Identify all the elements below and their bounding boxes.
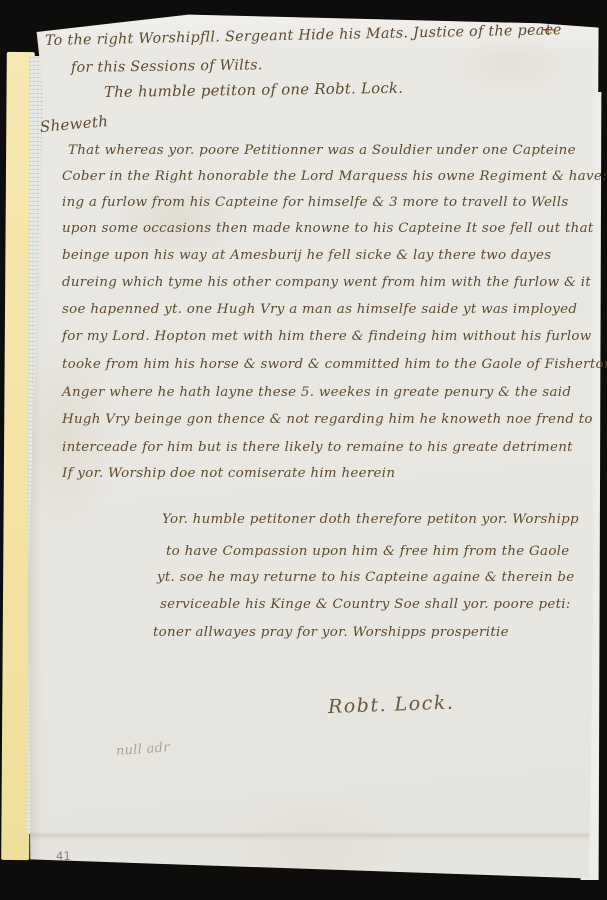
signature-robt-lock: Robt. Lock. — [328, 692, 455, 718]
body-line: Hugh Vry beinge gon thence & not regardi… — [62, 412, 593, 427]
body-line: interceade for him but is there likely t… — [62, 440, 573, 455]
body-line: for my Lord. Hopton met with him there &… — [62, 329, 592, 344]
photograph-backdrop: + To the right Worshipfll. Sergeant Hide… — [0, 0, 607, 900]
body-line: tooke from him his horse & sword & commi… — [62, 357, 607, 372]
prayer-line: to have Compassion upon him & free him f… — [166, 544, 570, 559]
prayer-line: Yor. humble petitoner doth therefore pet… — [162, 512, 579, 527]
body-line: soe hapenned yt. one Hugh Vry a man as h… — [62, 302, 577, 317]
folio-number-pencil: 41 — [56, 849, 71, 863]
body-line: Anger where he hath layne these 5. weeke… — [62, 385, 571, 400]
prayer-line: serviceable his Kinge & Country Soe shal… — [160, 597, 571, 612]
prayer-line: yt. soe he may returne to his Capteine a… — [157, 570, 574, 585]
prayer-line: toner allwayes pray for yor. Worshipps p… — [153, 625, 509, 640]
body-line: That whereas yor. poore Petitionner was … — [68, 143, 576, 158]
body-line: Cober in the Right honorable the Lord Ma… — [62, 169, 607, 184]
body-line: upon some occasions then made knowne to … — [62, 221, 594, 236]
body-line: If yor. Worship doe not comiserate him h… — [62, 466, 395, 481]
body-line: beinge upon his way at Amesburij he fell… — [62, 248, 551, 263]
body-line: ing a furlow from his Capteine for himse… — [62, 195, 569, 210]
address-line-2: for this Sessions of Wilts. — [71, 57, 263, 76]
body-line: dureing which tyme his other company wen… — [62, 275, 591, 290]
